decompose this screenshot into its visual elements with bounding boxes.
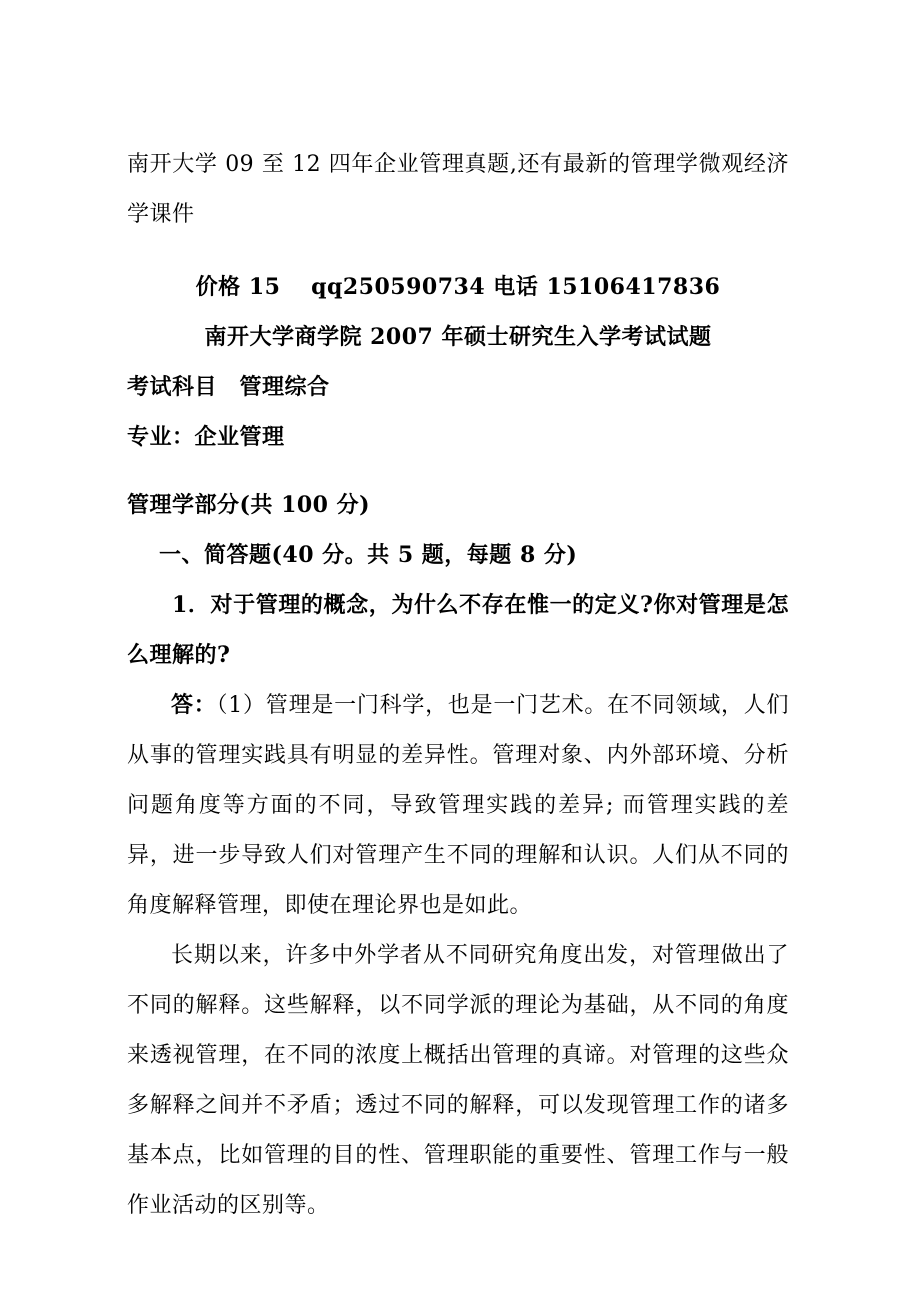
answer-paragraph-1: 答：（1）管理是一门科学，也是一门艺术。在不同领域，人们从事的管理实践具有明显的… <box>127 680 789 931</box>
exam-title: 南开大学商学院 2007 年硕士研究生入学考试试题 <box>127 312 789 362</box>
document-content: 南开大学 09 至 12 四年企业管理真题,还有最新的管理学微观经济学课件 价格… <box>127 140 789 1231</box>
major-line: 专业：企业管理 <box>127 412 789 462</box>
answer-paragraph-2: 长期以来，许多中外学者从不同研究角度出发，对管理做出了不同的解释。这些解释，以不… <box>127 931 789 1231</box>
section-heading: 管理学部分(共 100 分) <box>127 480 789 530</box>
exam-subject-line: 考试科目 管理综合 <box>127 362 789 412</box>
question-1: 1．对于管理的概念，为什么不存在惟一的定义?你对管理是怎么理解的? <box>127 580 789 680</box>
price-contact-line: 价格 15 qq250590734 电话 15106417836 <box>127 262 789 312</box>
answer-paragraph-1-text: （1）管理是一门科学，也是一门艺术。在不同领域，人们从事的管理实践具有明显的差异… <box>127 693 789 918</box>
document-page: 南开大学 09 至 12 四年企业管理真题,还有最新的管理学微观经济学课件 价格… <box>0 0 920 1302</box>
answer-prefix: 答： <box>171 692 217 718</box>
question-type-heading: 一、简答题(40 分。共 5 题，每题 8 分) <box>127 530 789 580</box>
intro-paragraph: 南开大学 09 至 12 四年企业管理真题,还有最新的管理学微观经济学课件 <box>127 140 789 240</box>
